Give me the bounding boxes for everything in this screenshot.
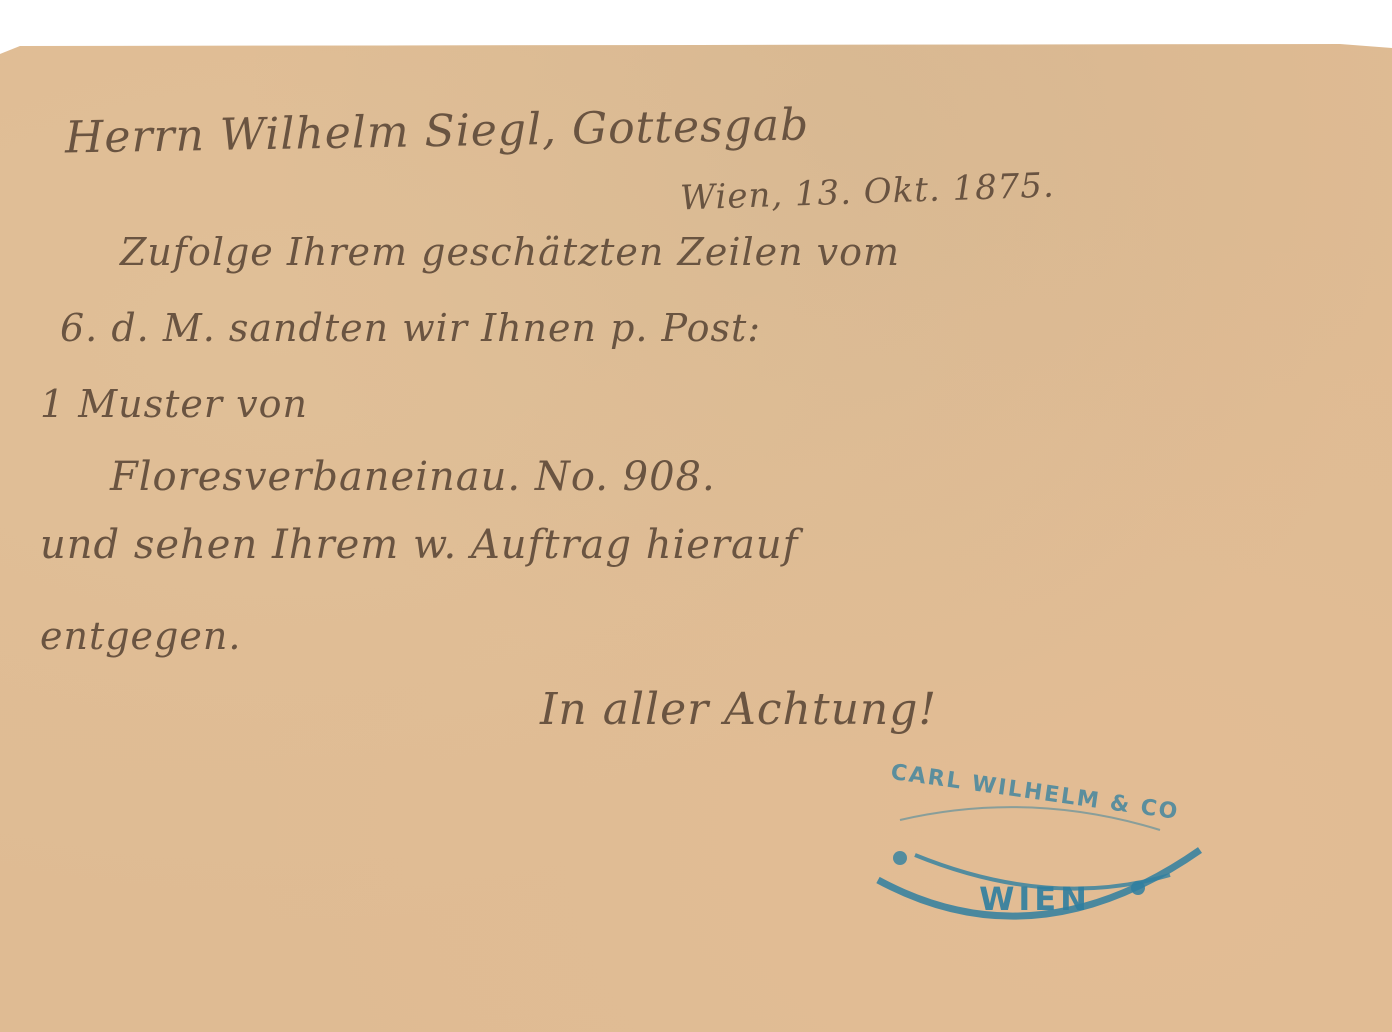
letter-line: und sehen Ihrem w. Auftrag hierauf xyxy=(40,522,798,568)
letter-line: entgegen. xyxy=(40,614,241,658)
addressee-line: Herrn Wilhelm Siegl, Gottesgab xyxy=(65,100,810,164)
closing-line: In aller Achtung! xyxy=(540,684,937,735)
letter-line: 1 Muster von xyxy=(40,382,308,426)
letter-line: 6. d. M. sandten wir Ihnen p. Post: xyxy=(60,306,761,350)
stamp-city: WIEN xyxy=(860,880,1210,918)
letter-line: Floresverbaneinau. No. 908. xyxy=(110,454,716,500)
company-stamp: CARL WILHELM & CO WIEN xyxy=(860,780,1210,930)
letter-line: Zufolge Ihrem geschätzten Zeilen vom xyxy=(120,230,900,274)
dateline: Wien, 13. Okt. 1875. xyxy=(679,165,1055,218)
